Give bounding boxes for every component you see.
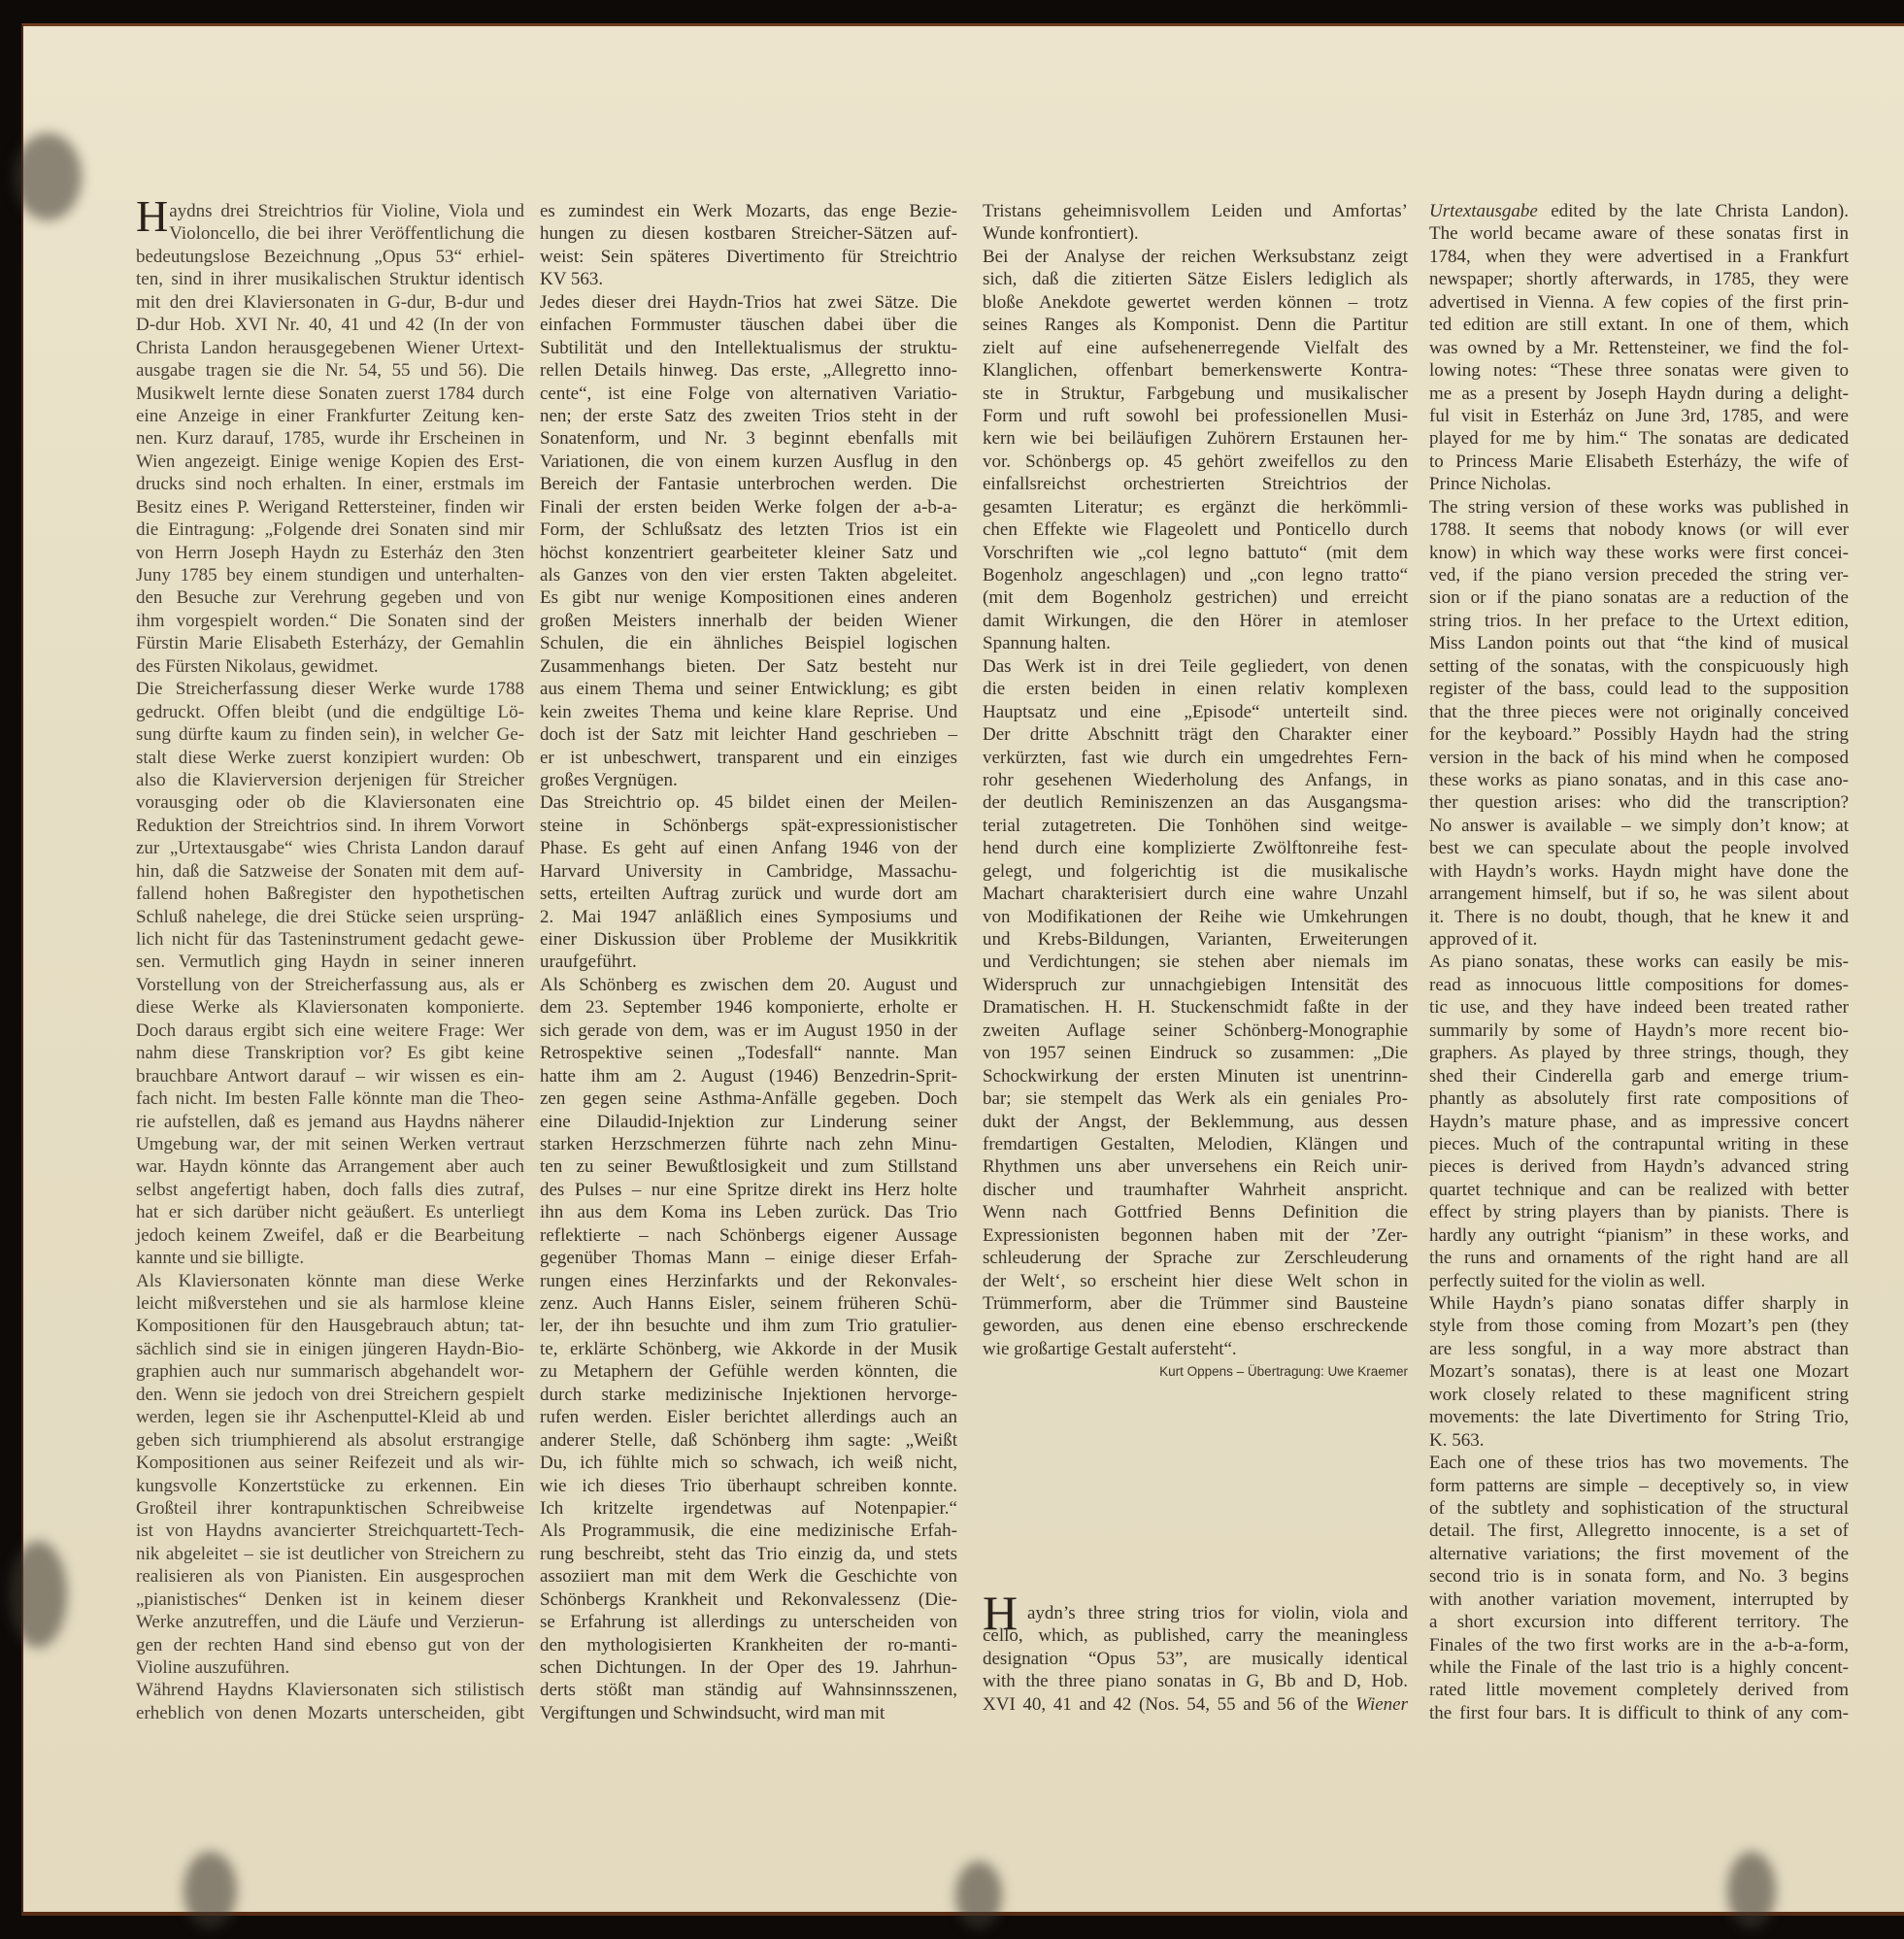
drop-cap: H: [136, 200, 168, 233]
text-line: gelegt, und folgerichtig ist die musikal…: [983, 860, 1408, 883]
text-line: Rhythmen uns aber unversehens ein Reich …: [983, 1155, 1408, 1178]
text-line: setting of the sonatas, with the conspic…: [1429, 655, 1849, 678]
text-line: fallend hohen Baßregister den hypothetis…: [136, 883, 524, 905]
text-line: assoziiert man mit dem Werk die Geschich…: [540, 1565, 957, 1588]
text-line: Dramatischen. H. H. Stuckenschmidt faßte…: [983, 996, 1408, 1019]
text-line: nahm diese Transkription vor? Es gibt ke…: [136, 1042, 524, 1064]
text-line: discher und traumhafter Wahrheit anspric…: [983, 1179, 1408, 1201]
text-line: ther question arises: who did the transc…: [1429, 791, 1849, 814]
text-line: als Ganzes von den vier ersten Takten ab…: [540, 564, 957, 586]
text-line: zen gegen seine Asthma-Anfälle gegeben. …: [540, 1087, 957, 1110]
text-line: hin, daß die Satzweise der Sonaten mit d…: [136, 860, 524, 883]
text-line: a short excursion into different territo…: [1429, 1611, 1849, 1633]
text-line: zu Metaphern der Gefühle werden könnten,…: [540, 1360, 957, 1383]
text-line: Juny 1785 bey einem stundigen und unterh…: [136, 564, 524, 586]
text-line: Tristans geheimnisvollem Leiden und Amfo…: [983, 200, 1408, 222]
text-line: detail. The first, Allegretto innocente,…: [1429, 1520, 1849, 1542]
text-line: ausgabe tragen sie die Nr. 54, 55 und 56…: [136, 359, 524, 382]
text-line: der deutlich Reminiszenzen an das Ausgan…: [983, 791, 1408, 814]
author-attribution: Kurt Oppens – Übertragung: Uwe Kraemer: [983, 1364, 1408, 1379]
text-line: Phase. Es geht auf einen Anfang 1946 von…: [540, 837, 957, 859]
text-line: wie großartige Gestalt aufersteht“.: [983, 1338, 1408, 1360]
text-line: derts stößt man ständig auf Wahnsinnssze…: [540, 1679, 957, 1701]
text-line: selbst angefertigt haben, doch falls die…: [136, 1179, 524, 1201]
text-line: damit Wirkungen, die den Hörer in atemlo…: [983, 610, 1408, 632]
text-line: anderer Stelle, daß Schönberg ihm sagte:…: [540, 1429, 957, 1452]
text-line-content: edited by the late Christa Landon).: [1538, 201, 1849, 221]
text-line: zur „Urtextausgabe“ wies Christa Landon …: [136, 837, 524, 859]
text-line: arrangement himself, but if so, he was s…: [1429, 883, 1849, 905]
text-line: phantly as absolutely first rate composi…: [1429, 1087, 1849, 1110]
text-line: summarily by some of Haydn’s more recent…: [1429, 1020, 1849, 1042]
text-line: schen Dichtungen. In der Oper des 19. Ja…: [540, 1656, 957, 1679]
text-line: drucks sind noch erhalten. In einer, ers…: [136, 473, 524, 495]
italic-word: Wiener: [1349, 1694, 1408, 1715]
text-line: D-dur Hob. XVI Nr. 40, 41 und 42 (In der…: [136, 314, 524, 336]
text-line: sion or if the piano sonatas are a reduc…: [1429, 586, 1849, 609]
text-line: brauchbare Antwort darauf – wir wissen e…: [136, 1065, 524, 1087]
text-line: kannte und sie billigte.: [136, 1247, 524, 1269]
text-line: war. Haydn könnte das Arrangement aber a…: [136, 1155, 524, 1178]
text-line: eine Anzeige in einer Frankfurter Zeitun…: [136, 405, 524, 427]
text-line: Subtilität und den Intellektualismus der…: [540, 337, 957, 359]
text-line: played for me by him.“ The sonatas are d…: [1429, 427, 1849, 450]
text-line: Vorschriften wie „col legno battuto“ (mi…: [983, 542, 1408, 564]
text-line: gen der rechten Hand sind ebenso gut von…: [136, 1634, 524, 1656]
text-line: aus einem Thema und seiner Entwicklung; …: [540, 678, 957, 700]
text-line: Schockwirkung der ersten Minuten ist une…: [983, 1065, 1408, 1087]
text-line: it. There is no doubt, though, that he k…: [1429, 906, 1849, 928]
text-line: graphers. As played by three strings, th…: [1429, 1042, 1849, 1064]
text-line: ted edition are still extant. In one of …: [1429, 314, 1849, 336]
text-line: dem 23. September 1946 komponierte, erho…: [540, 996, 957, 1019]
text-line: mit den drei Klaviersonaten in G-dur, B-…: [136, 291, 524, 314]
text-line: nik abgeleitet – sie ist deutlicher von …: [136, 1543, 524, 1565]
text-line: Als Schönberg es zwischen dem 20. August…: [540, 974, 957, 996]
text-line: Vorstellung von der Streicherfassung aus…: [136, 974, 524, 996]
text-line: tic use, and they have indeed been treat…: [1429, 996, 1849, 1019]
text-line: Urtextausgabe edited by the late Christa…: [1429, 200, 1849, 222]
text-line: hat er sich darüber nicht geäußert. Es u…: [136, 1201, 524, 1223]
text-line: bedeutungslose Bezeichnung „Opus 53“ erh…: [136, 246, 524, 268]
text-line: Der dritte Abschnitt trägt den Charakter…: [983, 723, 1408, 746]
text-line: bar; sie stempelt das Werk als ein genia…: [983, 1087, 1408, 1110]
text-line: starken Herzschmerzen führte nach zehn M…: [540, 1133, 957, 1155]
text-line: (mit dem Bogenholz gestrichen) und errei…: [983, 586, 1408, 609]
text-line: Wenn nach Gottfried Benns Definition die: [983, 1201, 1408, 1223]
text-line: kungsvolle Konzertstücke zu erkennen. Ei…: [136, 1475, 524, 1497]
text-line: ihn aus dem Koma ins Leben zurück. Das T…: [540, 1201, 957, 1223]
text-line: lowing notes: “These three sonatas were …: [1429, 359, 1849, 382]
text-line: the runs and ornaments of the right hand…: [1429, 1247, 1849, 1269]
text-line: Haydn’s mature phase, and as impressive …: [1429, 1111, 1849, 1133]
text-line: Musikwelt lernte diese Sonaten zuerst 17…: [136, 383, 524, 405]
text-line: gesamten Literatur; es ergänzt die herkö…: [983, 496, 1408, 518]
text-line: vor. Schönbergs op. 45 gehört zweifellos…: [983, 451, 1408, 473]
text-line: Bogenholz angeschlagen) und „con legno t…: [983, 564, 1408, 586]
text-line: Bei der Analyse der reichen Werksubstanz…: [983, 246, 1408, 268]
text-line: es zumindest ein Werk Mozarts, das enge …: [540, 200, 957, 222]
text-line: Machart charakterisiert durch eine wahre…: [983, 883, 1408, 905]
text-line: style from those coming from Mozart’s pe…: [1429, 1315, 1849, 1337]
text-line: Vergiftungen und Schwindsucht, wird man …: [540, 1702, 957, 1724]
text-line: while the Finale of the last trio is a h…: [1429, 1656, 1849, 1679]
text-line: Kompositionen für den Hausgebrauch abtun…: [136, 1315, 524, 1337]
text-line: verkürzten, fast wie durch ein umgedreht…: [983, 747, 1408, 769]
text-line: ler, der ihn besuchte und ihm zum Trio g…: [540, 1315, 957, 1337]
text-line: hatte ihm am 2. August (1946) Benzedrin-…: [540, 1065, 957, 1087]
text-line: den. Wenn sie jedoch von drei Streichern…: [136, 1384, 524, 1406]
text-line: rung beschreibt, steht das Trio einzig d…: [540, 1543, 957, 1565]
text-line: Miss Landon points out that “the kind of…: [1429, 632, 1849, 654]
text-line: Während Haydns Klaviersonaten sich stili…: [136, 1679, 524, 1701]
text-line: Schluß nahelege, die drei Stücke seien u…: [136, 906, 524, 928]
text-line: doch ist der Satz mit leichter Hand gesc…: [540, 723, 957, 746]
text-line: der Welt‘, so erscheint hier diese Welt …: [983, 1270, 1408, 1292]
text-line: the first four bars. It is difficult to …: [1429, 1702, 1849, 1724]
text-line: Finales of the two first works are in th…: [1429, 1634, 1849, 1656]
text-line: Klanglichen, offenbart bemerkenswerte Ko…: [983, 359, 1408, 382]
text-line: großes Vergnügen.: [540, 769, 957, 791]
text-line: se Erfahrung ist allerdings zu untersche…: [540, 1611, 957, 1633]
text-line: 1788. It seems that nobody knows (or wil…: [1429, 518, 1849, 541]
text-line: Violoncello, die bei ihrer Veröffentlich…: [136, 222, 524, 245]
text-line: er ist unbeschwert, transparent und ein …: [540, 747, 957, 769]
text-line: bloße Anekdote gewertet werden können – …: [983, 291, 1408, 314]
column-german-2: es zumindest ein Werk Mozarts, das enge …: [540, 200, 957, 1724]
text-line: sen. Vermutlich ging Haydn in seiner inn…: [136, 951, 524, 973]
text-line: Prince Nicholas.: [1429, 473, 1849, 495]
text-line: rufen werden. Eisler berichtet allerding…: [540, 1406, 957, 1428]
text-line: reflektierte – nach Schönbergs eigener A…: [540, 1224, 957, 1247]
column-english-continued: Urtextausgabe edited by the late Christa…: [1429, 200, 1849, 1724]
text-line: nen; der erste Satz des zweiten Trios st…: [540, 405, 957, 427]
text-line: Besitz eines P. Werigand Rettersteiner, …: [136, 496, 524, 518]
text-line: Schulen, die ein ähnliches Beispiel logi…: [540, 632, 957, 654]
text-line: realisieren als von Pianisten. Ein ausge…: [136, 1565, 524, 1588]
text-line: string trios. In her preface to the Urte…: [1429, 610, 1849, 632]
text-line: zweiten Auflage seiner Schönberg-Monogra…: [983, 1020, 1408, 1042]
text-line: alternative variations; the first moveme…: [1429, 1543, 1849, 1565]
text-line: setts, erteilten Auftrag zurück und wurd…: [540, 883, 957, 905]
text-line: Es gibt nur wenige Kompositionen eines a…: [540, 586, 957, 609]
text-line: Form, der Schlußsatz des letzten Trios i…: [540, 518, 957, 541]
text-line: read as innocuous little compositions fo…: [1429, 974, 1849, 996]
text-line: fach nicht. Im besten Falle könnte man d…: [136, 1087, 524, 1110]
text-line: einer Diskussion über Probleme der Musik…: [540, 928, 957, 951]
text-line: diese Werke als Klaviersonaten komponier…: [136, 996, 524, 1019]
text-line: Spannung halten.: [983, 632, 1408, 654]
text-line: ten zu seiner Bewußtlosigkeit und zum St…: [540, 1155, 957, 1178]
text-line-content: aydns drei Streichtrios für Violine, Vio…: [169, 201, 524, 221]
text-line: rohr gesehenen Wiederholung des Anfangs,…: [983, 769, 1408, 791]
text-line: sung dürfte kaum zu finden sein), in wel…: [136, 723, 524, 746]
text-line: Das Streichtrio op. 45 bildet einen der …: [540, 791, 957, 814]
text-line: Ich kritzelte irgendetwas auf Notenpapie…: [540, 1497, 957, 1520]
text-line: von 1957 seinen Eindruck so zusammen: „D…: [983, 1042, 1408, 1064]
text-line: Wunde konfrontiert).: [983, 222, 1408, 245]
text-line: uraufgeführt.: [540, 951, 957, 973]
text-line: kern wie bei beiläufigen Zuhörern Erstau…: [983, 427, 1408, 450]
text-line: form patterns are simple – deceptively s…: [1429, 1475, 1849, 1497]
italic-word: Urtextausgabe: [1429, 201, 1538, 221]
text-line: Retrospektive seinen „Todesfall“ nannte.…: [540, 1042, 957, 1064]
finger-shadow-bottom-center: [955, 1861, 1002, 1929]
text-line: Variationen, die von einem kurzen Ausflu…: [540, 451, 957, 473]
text-line: wie ich dieses Trio überhaupt schreiben …: [540, 1475, 957, 1497]
text-line: pieces is derived from Haydn’s advanced …: [1429, 1155, 1849, 1178]
text-line: that the three pieces were not originall…: [1429, 701, 1849, 723]
text-line: den mythologisierten Krankheiten der ro-…: [540, 1634, 957, 1656]
text-line: Das Werk ist in drei Teile gegliedert, v…: [983, 655, 1408, 678]
text-line: geben sich triumphierend als absolut ers…: [136, 1429, 524, 1452]
text-line: nen. Kurz darauf, 1785, wurde ihr Ersche…: [136, 427, 524, 450]
column-english-start: aydn’s three string trios for violin, vi…: [1027, 1602, 1408, 1716]
text-line: sächlich sind sie in einigen jüngeren Ha…: [136, 1338, 524, 1360]
text-line: terial zutagetreten. Die Tonhöhen sind w…: [983, 815, 1408, 837]
text-line: einfachen Formmuster täuschen dabei über…: [540, 314, 957, 336]
text-line: höchst konzentriert gearbeiteter kleiner…: [540, 542, 957, 564]
text-line: work closely related to these magnificen…: [1429, 1384, 1849, 1406]
text-line: approved of it.: [1429, 928, 1849, 951]
text-line: pieces. Much of the contrapuntal writing…: [1429, 1133, 1849, 1155]
text-line: te, erklärte Schönberg, wie Akkorde in d…: [540, 1338, 957, 1360]
text-line: Fürstin Marie Elisabeth Esterházy, der G…: [136, 632, 524, 654]
column-german-3: Tristans geheimnisvollem Leiden und Amfo…: [983, 200, 1408, 1360]
text-line: Haydns drei Streichtrios für Violine, Vi…: [136, 200, 524, 222]
text-line: zenz. Auch Hanns Eisler, seinem früheren…: [540, 1292, 957, 1315]
text-line: KV 563.: [540, 268, 957, 290]
text-line: jedoch keinem Zweifel, daß er die Bearbe…: [136, 1224, 524, 1247]
text-line: Expressionisten begonnen haben mit der ’…: [983, 1224, 1408, 1247]
text-line: erheblich von denen Mozarts unterscheide…: [136, 1702, 524, 1724]
text-line: Kompositionen aus seiner Reifezeit und a…: [136, 1452, 524, 1474]
text-line: lich nicht für das Tasteninstrument geda…: [136, 928, 524, 951]
text-line: von Modifikationen der Reihe wie Umkehru…: [983, 906, 1408, 928]
text-line: chen Effekte wie Flageolett und Ponticel…: [983, 518, 1408, 541]
text-line: leicht mißverstehen und sie als harmlose…: [136, 1292, 524, 1315]
text-line: with another variation movement, interru…: [1429, 1588, 1849, 1611]
text-line: While Haydn’s piano sonatas differ sharp…: [1429, 1292, 1849, 1315]
text-line: Zusammenhangs bieten. Der Satz besteht n…: [540, 655, 957, 678]
text-line: newspaper; shortly afterwards, in 1785, …: [1429, 268, 1849, 290]
text-line: rellen Details hinweg. Das erste, „Alleg…: [540, 359, 957, 382]
text-line: des Pulses – nur eine Spritze direkt ins…: [540, 1179, 957, 1201]
text-line: sich gerade von dem, was er im August 19…: [540, 1020, 957, 1042]
text-line: und Krebs-Bildungen, Varianten, Erweiter…: [983, 928, 1408, 951]
text-line: Wien angezeigt. Einige wenige Kopien des…: [136, 451, 524, 473]
text-line: den Besuche zur Verehrung gegeben und vo…: [136, 586, 524, 609]
text-line: schleuderung der Sprache zur Zerschleude…: [983, 1247, 1408, 1269]
text-line: Du, ich fühlte mich so schwach, ich weiß…: [540, 1452, 957, 1474]
text-line: sich, daß die zitierten Sätze Eislers le…: [983, 268, 1408, 290]
text-line: are less songful, in a way more abstract…: [1429, 1338, 1849, 1360]
text-line: know) in which way these works were firs…: [1429, 542, 1849, 564]
text-line: 2. Mai 1947 anläßlich eines Symposiums u…: [540, 906, 957, 928]
text-line: ste in Struktur, Farbgebung und musikali…: [983, 383, 1408, 405]
text-line: steine in Schönbergs spät-expressionisti…: [540, 815, 957, 837]
text-line: ful visit in Esterház on June 3rd, 1785,…: [1429, 405, 1849, 427]
text-line: As piano sonatas, these works can easily…: [1429, 951, 1849, 973]
text-line: cello, which, as published, carry the me…: [983, 1624, 1408, 1647]
text-line: durch starke medizinische Injektionen he…: [540, 1384, 957, 1406]
text-line: to Princess Marie Elisabeth Esterházy, t…: [1429, 451, 1849, 473]
text-line: des Fürsten Nikolaus, gewidmet.: [136, 655, 524, 678]
text-line: effect by string players than by pianist…: [1429, 1201, 1849, 1223]
text-line: seines Ranges als Komponist. Denn die Pa…: [983, 314, 1408, 336]
text-line: best we can speculate about the people i…: [1429, 837, 1849, 859]
text-line: me as a present by Joseph Haydn during a…: [1429, 383, 1849, 405]
text-line: with Haydn’s works. Haydn might have don…: [1429, 860, 1849, 883]
text-line: these works as piano sonatas, and in thi…: [1429, 769, 1849, 791]
text-line: Reduktion der Streichtrios sind. In ihre…: [136, 815, 524, 837]
text-line: von Herrn Joseph Haydn zu Esterház den 3…: [136, 542, 524, 564]
text-line: with the three piano sonatas in G, Bb an…: [983, 1670, 1408, 1692]
text-line: advertised in Vienna. A few copies of th…: [1429, 291, 1849, 314]
text-line: quartet technique and can be realized wi…: [1429, 1179, 1849, 1201]
text-line: version in the back of his mind when he …: [1429, 747, 1849, 769]
text-line: K. 563.: [1429, 1429, 1849, 1452]
text-line: register of the bass, could lead to the …: [1429, 678, 1849, 700]
text-line: und Verdichtungen; sie stehen aber niema…: [983, 951, 1408, 973]
text-line: Die Streicherfassung dieser Werke wurde …: [136, 678, 524, 700]
text-line: stalt diese Werke zuerst konzipiert wurd…: [136, 747, 524, 769]
text-line: ten, sind in ihrer musikalischen Struktu…: [136, 268, 524, 290]
text-line: Umgebung war, der mit seinen Werken vert…: [136, 1133, 524, 1155]
text-line: Harvard University in Cambridge, Massach…: [540, 860, 957, 883]
text-line: kein zweites Thema und keine klare Repri…: [540, 701, 957, 723]
column-german-1: Haydns drei Streichtrios für Violine, Vi…: [136, 200, 524, 1724]
text-line: dukt der Angst, der Beklemmung, aus dess…: [983, 1111, 1408, 1133]
text-line: ist von Haydns avancierter Streichquarte…: [136, 1520, 524, 1542]
text-line: designation “Opus 53”, are musically ide…: [983, 1648, 1408, 1670]
text-line: ved, if the piano version preceded the s…: [1429, 564, 1849, 586]
text-line: einfallsreichst orchestrierten Streichtr…: [983, 473, 1408, 495]
text-line: Sonatenform, und Nr. 3 beginnt ebenfalls…: [540, 427, 957, 450]
text-line: No answer is available – we simply don’t…: [1429, 815, 1849, 837]
text-line: großen Meisters innerhalb der beiden Wie…: [540, 610, 957, 632]
text-line: Hauptsatz und eine „Episode“ unterteilt …: [983, 701, 1408, 723]
text-line: of the subtlety and sophistication of th…: [1429, 1497, 1849, 1520]
text-line: Jedes dieser drei Haydn-Trios hat zwei S…: [540, 291, 957, 314]
finger-shadow-left-bottom: [9, 1541, 67, 1648]
text-line: Doch daraus ergibt sich eine weitere Fra…: [136, 1020, 524, 1042]
text-line: movements: the late Divertimento for Str…: [1429, 1406, 1849, 1428]
text-line: zielt auf eine aufsehenerregende Vielfal…: [983, 337, 1408, 359]
text-line: The world became aware of these sonatas …: [1429, 222, 1849, 245]
text-line: Werke anzutreffen, und die Läufe und Ver…: [136, 1611, 524, 1633]
text-line: for the keyboard.” Possibly Haydn had th…: [1429, 723, 1849, 746]
finger-shadow-bottom-right: [1727, 1852, 1776, 1929]
text-line: Widerspruch zur unnachgiebigen Intensitä…: [983, 974, 1408, 996]
text-line: rated little movement completely derived…: [1429, 1679, 1849, 1701]
text-line: die ersten beiden in einen relativ kompl…: [983, 678, 1408, 700]
text-line: Trümmerform, aber die Trümmer sind Baust…: [983, 1292, 1408, 1315]
text-line: die Eintragung: „Folgende drei Sonaten s…: [136, 518, 524, 541]
text-line: 1784, when they were advertised in a Fra…: [1429, 246, 1849, 268]
text-line: weist: Sein späteres Divertimento für St…: [540, 246, 957, 268]
text-line: second trio is in sonata form, and No. 3…: [1429, 1565, 1849, 1588]
text-line: vorausging oder ob die Klaviersonaten ei…: [136, 791, 524, 814]
text-line: Schönbergs Krankheit und Rekonvalessenz …: [540, 1588, 957, 1611]
text-line: Violine auszuführen.: [136, 1656, 524, 1679]
text-line: graphien auch nur summarisch abgehandelt…: [136, 1360, 524, 1383]
text-line: shed their Cinderella garb and emerge tr…: [1429, 1065, 1849, 1087]
text-line: Als Programmusik, die eine medizinische …: [540, 1520, 957, 1542]
text-line: aydn’s three string trios for violin, vi…: [1027, 1602, 1408, 1624]
text-line: Großteil ihrer kontrapunktischen Schreib…: [136, 1497, 524, 1520]
text-line: „pianistisches“ Denken ist in keinem die…: [136, 1588, 524, 1611]
text-line: perfectly suited for the violin as well.: [1429, 1270, 1849, 1292]
text-line: eine Dilaudid-Injektion zur Linderung se…: [540, 1111, 957, 1133]
text-line: Finali der ersten beiden Werke folgen de…: [540, 496, 957, 518]
text-line: Each one of these trios has two movement…: [1429, 1452, 1849, 1474]
text-line: fremdartigen Gestalten, Melodien, Klänge…: [983, 1133, 1408, 1155]
text-line: The string version of these works was pu…: [1429, 496, 1849, 518]
text-line: gedruckt. Offen bleibt (und die endgülti…: [136, 701, 524, 723]
text-line: was owned by a Mr. Rettensteiner, we fin…: [1429, 337, 1849, 359]
text-line: also die Klavierversion derjenigen für S…: [136, 769, 524, 791]
text-line: hungen zu diesen kostbaren Streicher-Sät…: [540, 222, 957, 245]
finger-shadow-bottom-left: [184, 1852, 237, 1929]
text-line: Als Klaviersonaten könnte man diese Werk…: [136, 1270, 524, 1292]
text-line: ihm vorgespielt worden.“ Die Sonaten sin…: [136, 610, 524, 632]
text-line: rie aufstellen, daß es jemand aus Haydns…: [136, 1111, 524, 1133]
text-line: rungen eines Herzinfarkts und der Rekonv…: [540, 1270, 957, 1292]
text-line: Bereich der Fantasie unterbrochen werden…: [540, 473, 957, 495]
text-line: Christa Landon herausgegebenen Wiener Ur…: [136, 337, 524, 359]
text-line: Form und ruft sowohl bei professionellen…: [983, 405, 1408, 427]
text-line: Mozart’s sonatas), there is at least one…: [1429, 1360, 1849, 1383]
finger-shadow-left-top: [14, 133, 82, 220]
text-line: hardly any outright “pianism” in these w…: [1429, 1224, 1849, 1247]
text-line: geworden, aus denen eine ebenso erschrec…: [983, 1315, 1408, 1337]
text-line: gegenüber Thomas Mann – einige dieser Er…: [540, 1247, 957, 1269]
text-line: cente“, ist eine Folge von alternativen …: [540, 383, 957, 405]
text-line: XVI 40, 41 and 42 (Nos. 54, 55 and 56 of…: [983, 1693, 1408, 1716]
text-line: werden, legen sie ihr Aschenputtel-Kleid…: [136, 1406, 524, 1428]
text-line: hend durch eine komplizierte Zwölftonrei…: [983, 837, 1408, 859]
